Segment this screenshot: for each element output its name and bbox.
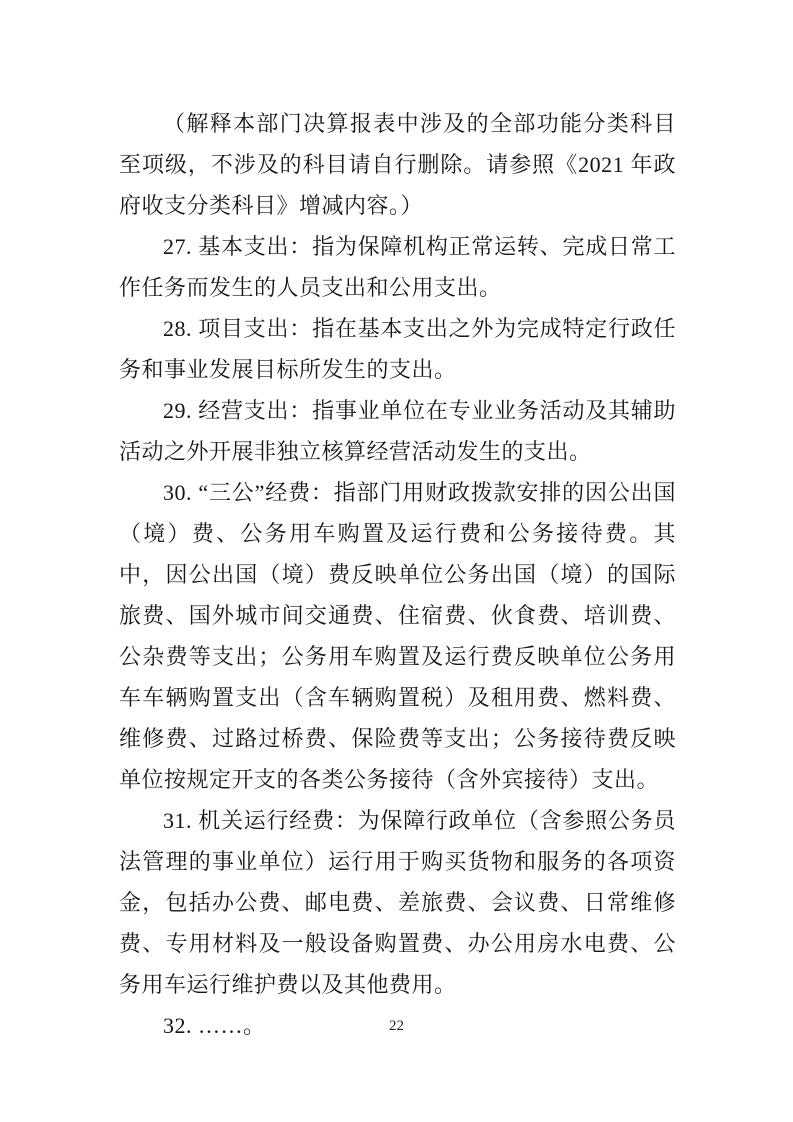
document-page: （解释本部门决算报表中涉及的全部功能分类科目至项级，不涉及的科目请自行删除。请参… <box>0 0 793 1122</box>
paragraph-item-28-project-expenditure: 28. 项目支出：指在基本支出之外为完成特定行政任务和事业发展目标所发生的支出。 <box>119 308 676 390</box>
paragraph-item-31-agency-operating-funds: 31. 机关运行经费：为保障行政单位（含参照公务员法管理的事业单位）运行用于购买… <box>119 800 676 1005</box>
page-number: 22 <box>0 1016 793 1036</box>
paragraph-item-30-three-public-funds: 30. “三公”经费：指部门用财政拨款安排的因公出国（境）费、公务用车购置及运行… <box>119 472 676 800</box>
paragraph-item-27-basic-expenditure: 27. 基本支出：指为保障机构正常运转、完成日常工作任务而发生的人员支出和公用支… <box>119 226 676 308</box>
paragraph-note-function-classification: （解释本部门决算报表中涉及的全部功能分类科目至项级，不涉及的科目请自行删除。请参… <box>119 103 676 226</box>
paragraph-item-29-operating-expenditure: 29. 经营支出：指事业单位在专业业务活动及其辅助活动之外开展非独立核算经营活动… <box>119 390 676 472</box>
document-body: （解释本部门决算报表中涉及的全部功能分类科目至项级，不涉及的科目请自行删除。请参… <box>119 103 676 1046</box>
